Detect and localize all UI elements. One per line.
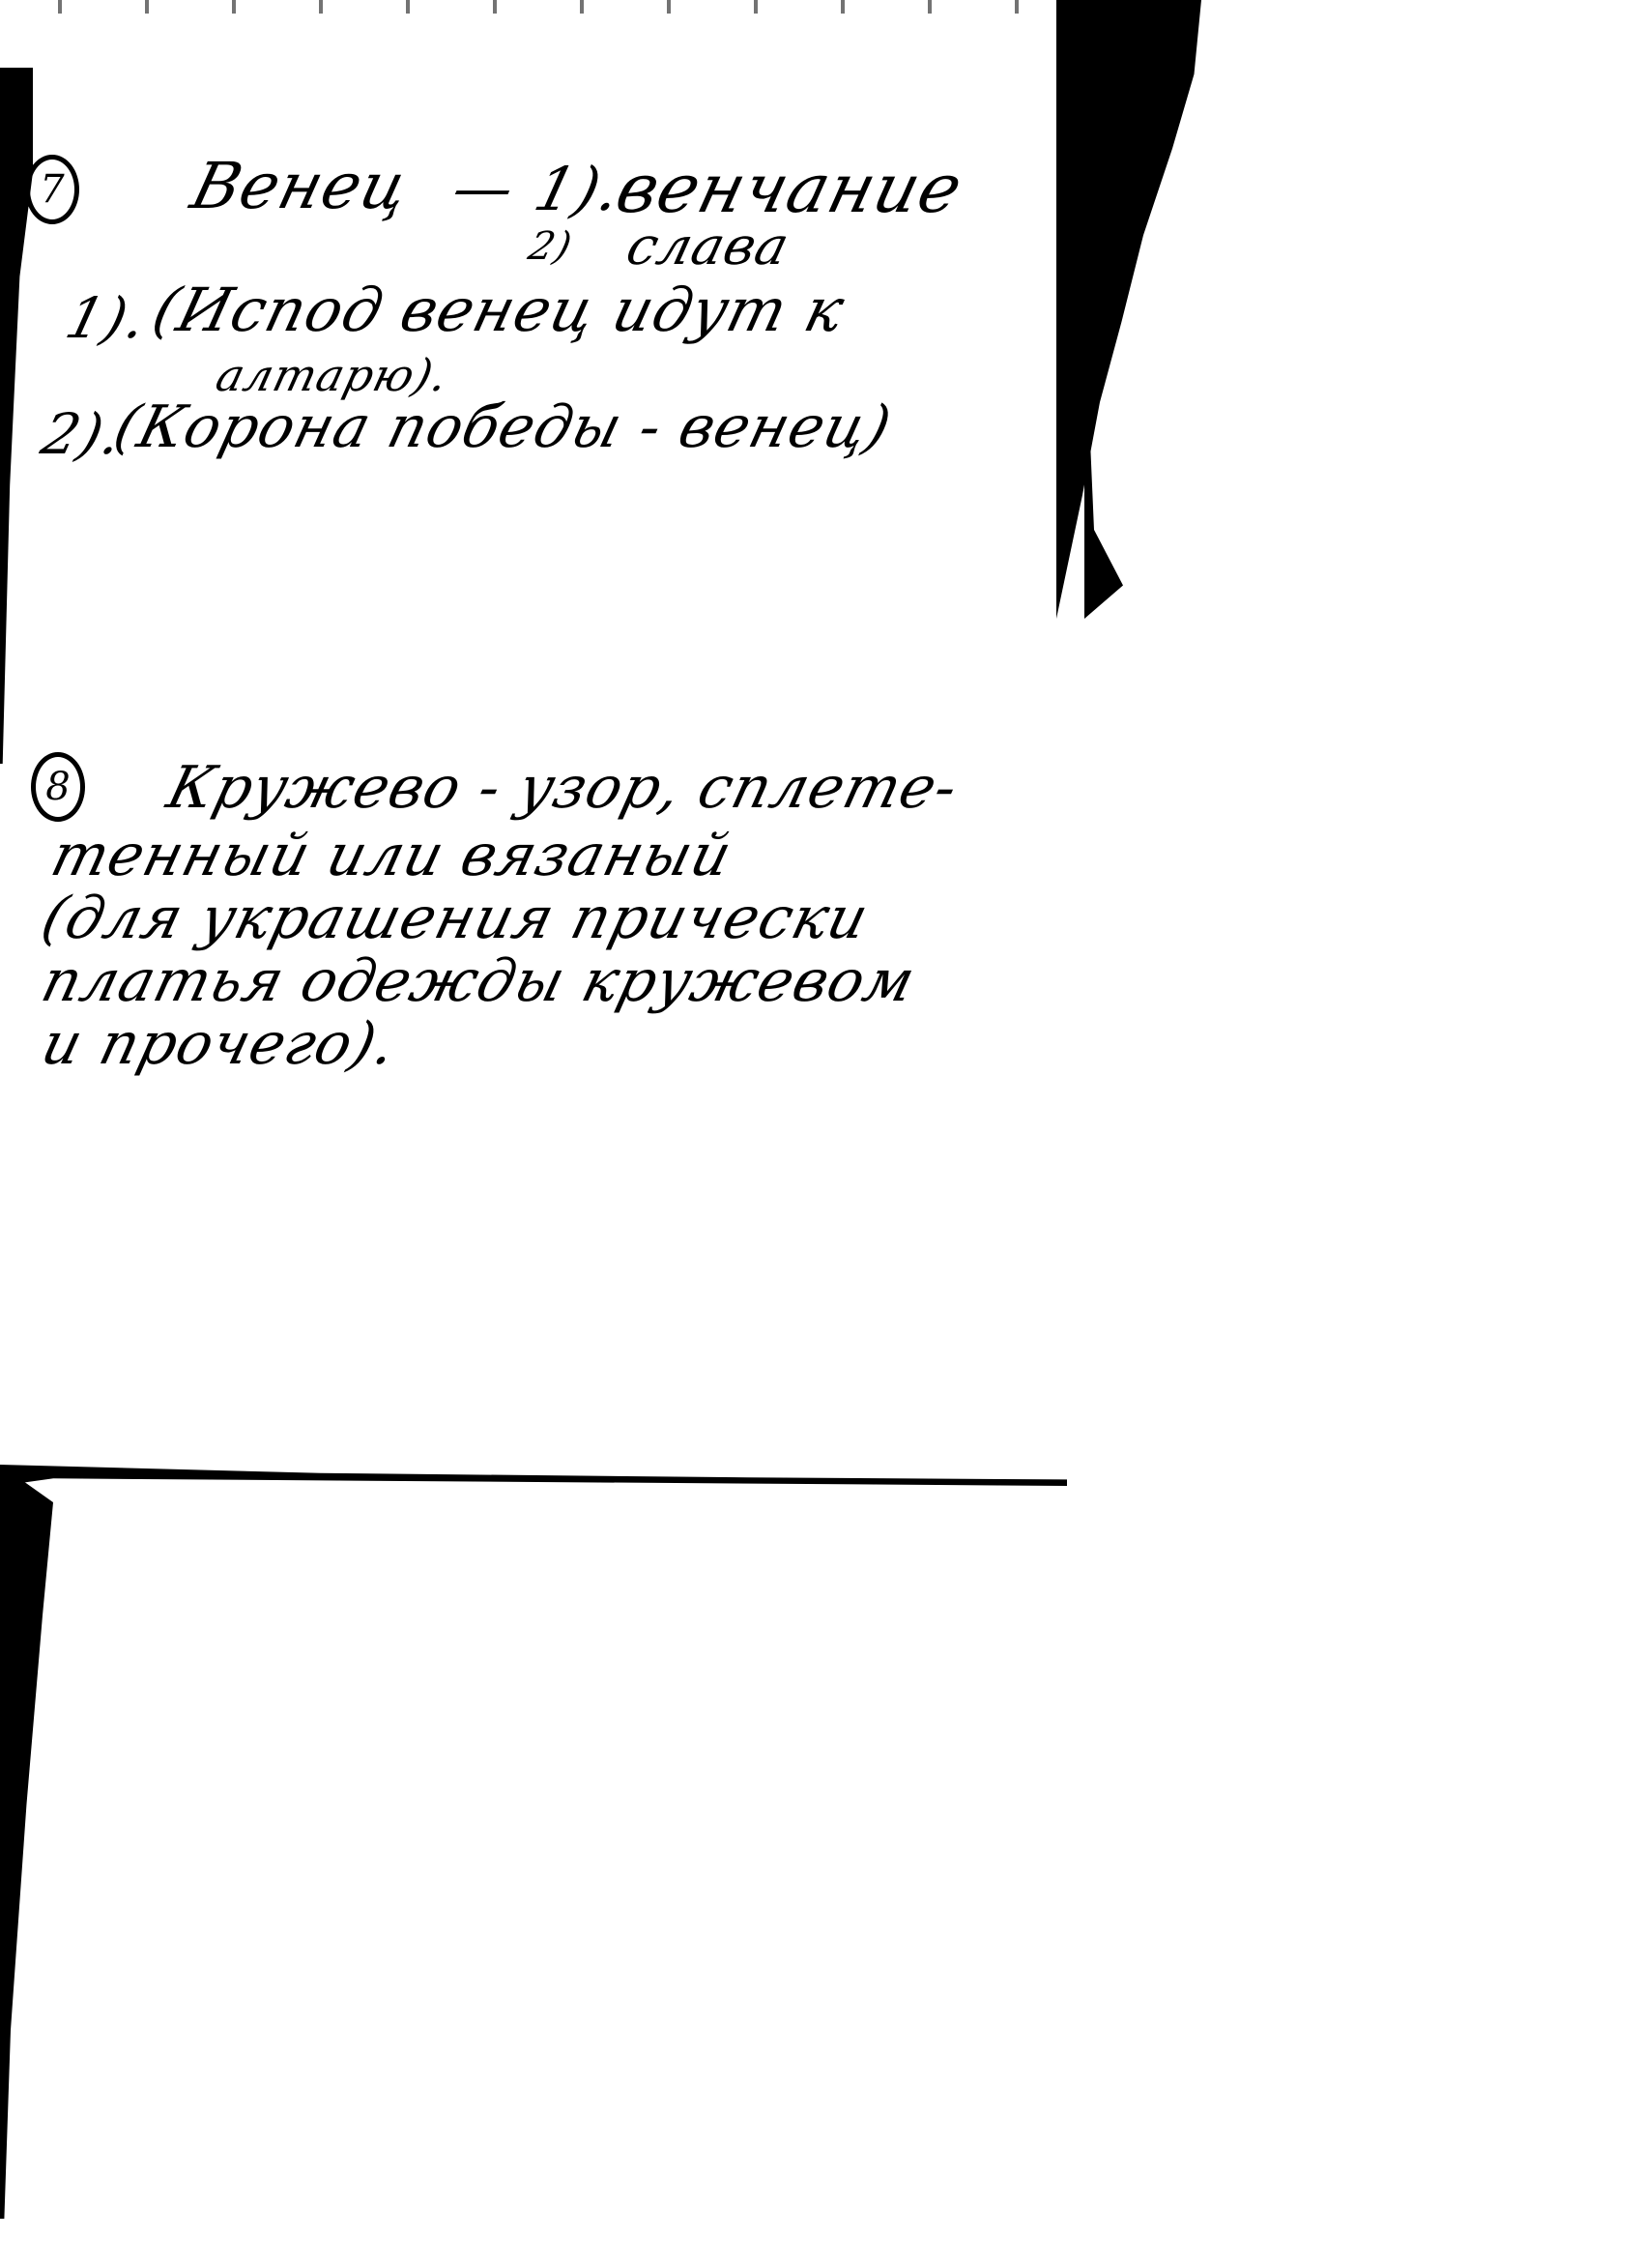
sense-1-gloss: венчание: [610, 155, 969, 222]
top-torn-edge: [19, 0, 1024, 14]
example-1-line-1: (Испод венец идут к: [147, 280, 850, 340]
entry-8-line-3: (для украшения прически: [37, 889, 875, 947]
scan-shadow-left-bottom: [0, 1465, 53, 2219]
entry-8-line-5: и прочего).: [37, 1015, 403, 1073]
example-2-line-1: (Корона победы - венец): [109, 398, 898, 456]
entry-number-badge: 7: [25, 155, 79, 224]
example-1-marker: 1).: [61, 290, 153, 346]
sense-2-marker: 2): [525, 227, 576, 266]
entry-8-line-4: платья одежды кружевом: [37, 952, 921, 1010]
entry-8-line-2: тенный или вязаный: [46, 827, 738, 885]
card-bottom-edge: [0, 1465, 1067, 1486]
scan-shadow-right-wedge: [1056, 0, 1201, 619]
example-1-line-2: алтарю).: [212, 353, 453, 397]
entry-8-line-1: Кружево - узор, сплете-: [162, 759, 965, 817]
sense-2-gloss: слава: [621, 220, 794, 273]
entry-number-badge: 8: [31, 752, 85, 822]
headword: Венец: [186, 155, 416, 218]
headword-dash: —: [447, 160, 521, 218]
